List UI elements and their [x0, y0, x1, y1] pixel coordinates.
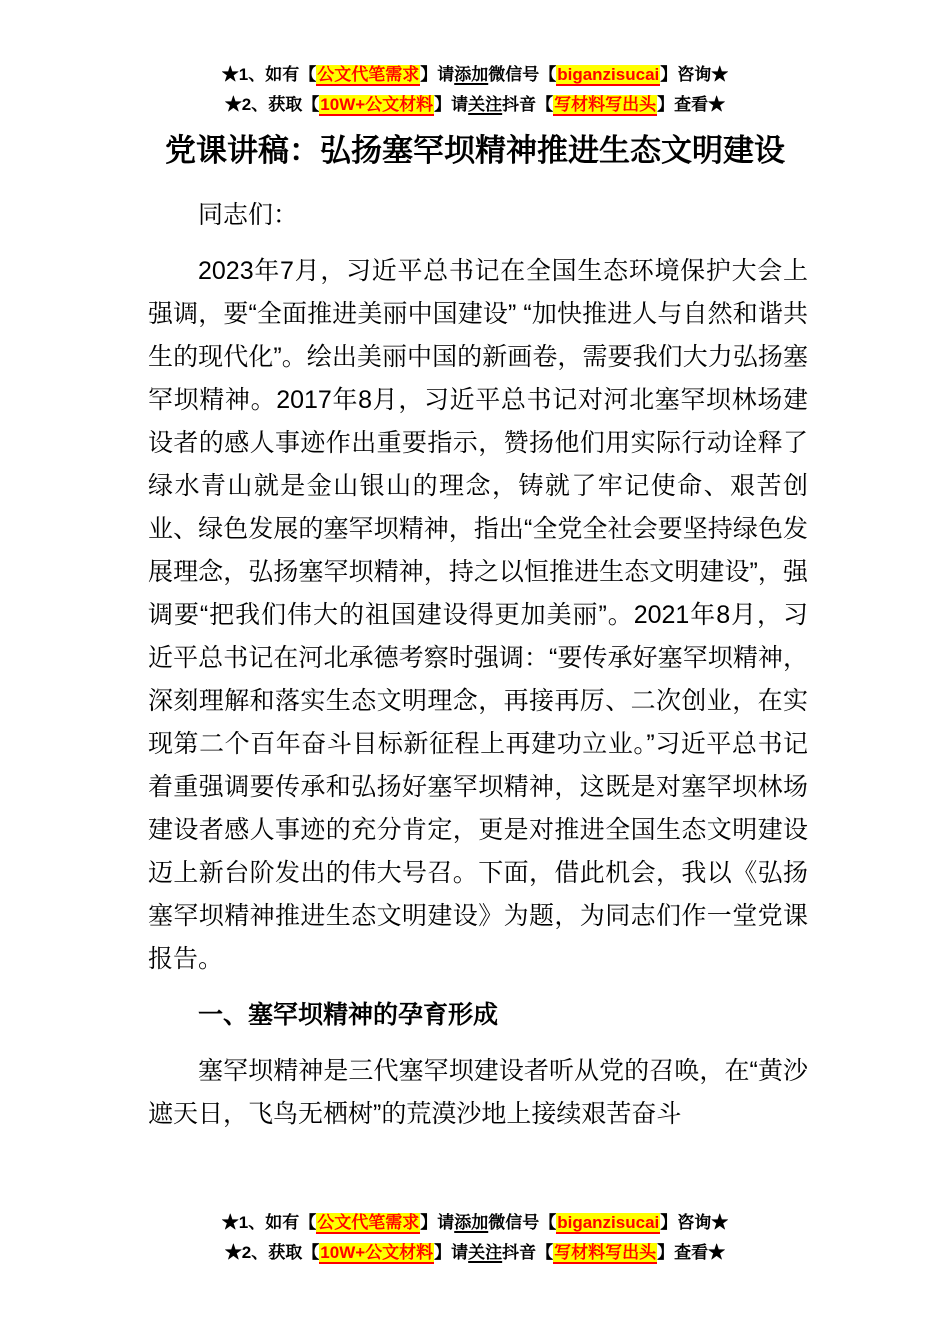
add-action-underlined: 添加 — [454, 1213, 488, 1232]
banner-text: 】请 — [434, 95, 468, 114]
page-footer-banner: ★1、如有【公文代笔需求】请添加微信号【biganzisucai】咨询★ ★2、… — [0, 1208, 950, 1268]
paragraph: 2023年7月，习近平总书记在全国生态环境保护大会上强调，要“全面推进美丽中国建… — [148, 250, 808, 981]
document-body: 同志们： 2023年7月，习近平总书记在全国生态环境保护大会上强调，要“全面推进… — [148, 194, 808, 1136]
page-header-banner: ★1、如有【公文代笔需求】请添加微信号【biganzisucai】咨询★ ★2、… — [0, 0, 950, 120]
banner-text: 】请 — [420, 1213, 454, 1232]
section-heading: 一、塞罕坝精神的孕育形成 — [148, 994, 808, 1037]
header-banner-line-2: ★2、获取【10W+公文材料】请关注抖音【写材料写出头】查看★ — [0, 90, 950, 120]
banner-text: ★2、获取【 — [225, 1243, 319, 1262]
douyin-id-highlight: 写材料写出头 — [553, 95, 657, 116]
banner-text: 抖音【 — [502, 95, 553, 114]
add-action-underlined: 添加 — [454, 65, 488, 84]
footer-banner-line-1: ★1、如有【公文代笔需求】请添加微信号【biganzisucai】咨询★ — [0, 1208, 950, 1238]
salutation: 同志们： — [148, 194, 808, 237]
service-need-highlight: 公文代笔需求 — [316, 1213, 420, 1234]
paragraph: 塞罕坝精神是三代塞罕坝建设者听从党的召唤，在“黄沙遮天日，飞鸟无栖树”的荒漠沙地… — [148, 1050, 808, 1136]
document-page: ★1、如有【公文代笔需求】请添加微信号【biganzisucai】咨询★ ★2、… — [0, 0, 950, 1344]
document-title: 党课讲稿：弘扬塞罕坝精神推进生态文明建设 — [135, 128, 815, 174]
banner-text: 】查看★ — [657, 95, 725, 114]
banner-text: 微信号【 — [488, 65, 556, 84]
banner-text: ★2、获取【 — [225, 95, 319, 114]
wechat-id-highlight: biganzisucai — [556, 1213, 660, 1234]
service-need-highlight: 公文代笔需求 — [316, 65, 420, 86]
footer-banner-line-2: ★2、获取【10W+公文材料】请关注抖音【写材料写出头】查看★ — [0, 1238, 950, 1268]
banner-text: 】咨询★ — [660, 1213, 728, 1232]
banner-text: 微信号【 — [488, 1213, 556, 1232]
follow-action-underlined: 关注 — [468, 1243, 502, 1262]
banner-text: 】查看★ — [657, 1243, 725, 1262]
douyin-id-highlight: 写材料写出头 — [553, 1243, 657, 1264]
follow-action-underlined: 关注 — [468, 95, 502, 114]
materials-highlight: 10W+公文材料 — [319, 95, 434, 116]
header-banner-line-1: ★1、如有【公文代笔需求】请添加微信号【biganzisucai】咨询★ — [0, 60, 950, 90]
banner-text: 】请 — [434, 1243, 468, 1262]
banner-text: ★1、如有【 — [222, 65, 316, 84]
banner-text: ★1、如有【 — [222, 1213, 316, 1232]
banner-text: 】咨询★ — [660, 65, 728, 84]
banner-text: 】请 — [420, 65, 454, 84]
banner-text: 抖音【 — [502, 1243, 553, 1262]
materials-highlight: 10W+公文材料 — [319, 1243, 434, 1264]
wechat-id-highlight: biganzisucai — [556, 65, 660, 86]
